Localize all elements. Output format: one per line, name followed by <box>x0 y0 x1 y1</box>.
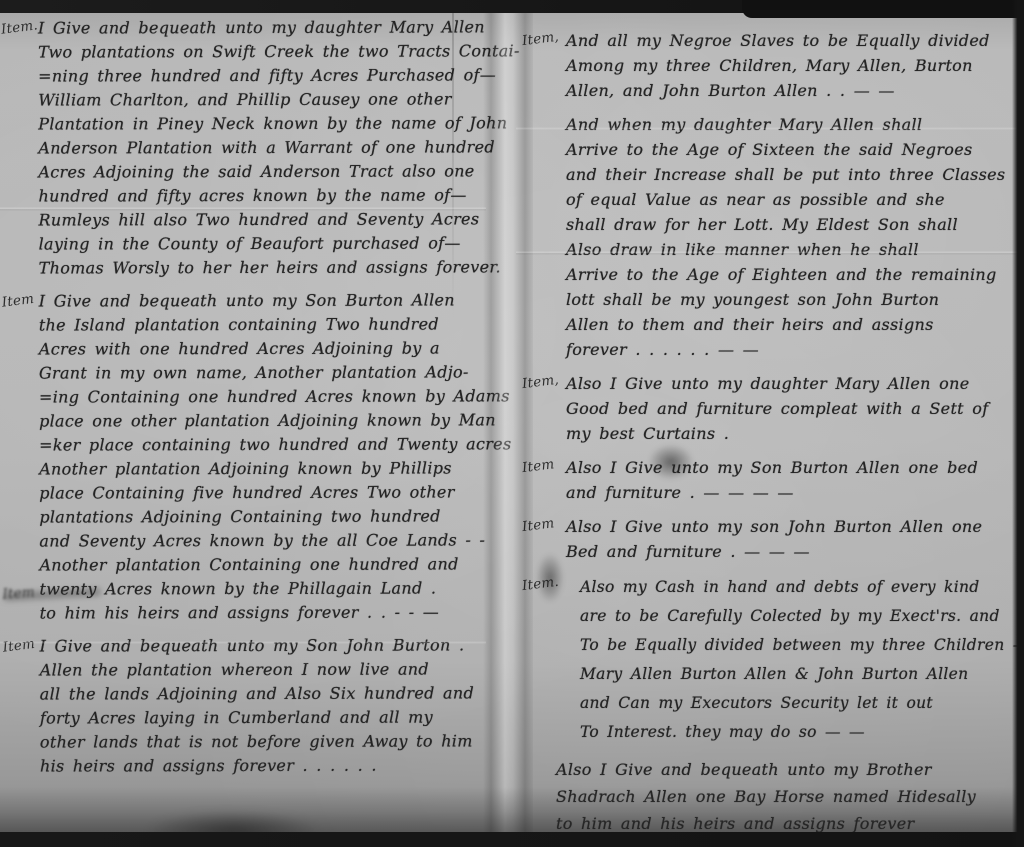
handwritten-text-line: Acres with one hundred Acres Adjoining b… <box>39 336 476 361</box>
paragraph-lines: I Give and bequeath unto my Son Burton A… <box>39 288 477 625</box>
paragraph-lines: And all my Negroe Slaves to be Equally d… <box>566 28 1010 103</box>
handwritten-text-line: hundred and fifty acres known by the nam… <box>38 183 475 208</box>
scan-edge-right <box>1012 0 1024 847</box>
handwritten-text-line: =ning three hundred and fifty Acres Purc… <box>38 63 475 88</box>
handwritten-text-line: place one other plantation Adjoining kno… <box>39 408 476 433</box>
handwritten-text-line: Anderson Plantation with a Warrant of on… <box>38 135 475 160</box>
scan-edge-top-right <box>742 0 1024 18</box>
handwritten-text-line: and furniture . — — — — <box>566 480 1010 505</box>
handwritten-text-line: forty Acres laying in Cumberland and all… <box>40 705 477 730</box>
paragraph-lines: Also my Cash in hand and debts of every … <box>580 573 1010 747</box>
will-item-paragraph: ItemI Give and bequeath unto my Son Burt… <box>2 288 485 625</box>
handwritten-text-line: I Give and bequeath unto my Son John Bur… <box>40 633 477 658</box>
handwritten-text-line: Mary Allen Burton Allen & John Burton Al… <box>580 660 1010 689</box>
handwritten-text-line: and their Increase shall be put into thr… <box>566 162 1010 187</box>
handwritten-text-line: shall draw for her Lott. My Eldest Son s… <box>566 212 1010 237</box>
handwritten-text-line: Rumleys hill also Two hundred and Sevent… <box>38 207 475 232</box>
handwritten-text-line: place Containing five hundred Acres Two … <box>39 480 476 505</box>
handwritten-text-line: Also my Cash in hand and debts of every … <box>580 573 1010 602</box>
handwritten-text-line: Among my three Children, Mary Allen, Bur… <box>566 53 1010 78</box>
handwritten-text-line: Good bed and furniture compleat with a S… <box>566 396 1010 421</box>
handwritten-text-line: Also I Give unto my son John Burton Alle… <box>566 514 1010 539</box>
will-item-paragraph: ItemI Give and bequeath unto my Son John… <box>3 633 485 778</box>
handwritten-text-line: Bed and furniture . — — — <box>566 539 1010 564</box>
handwritten-text-line: To Interest. they may do so — — <box>580 718 1010 747</box>
handwritten-text-line: and Can my Executors Security let it out <box>580 689 1010 718</box>
item-margin-label: Item <box>2 635 40 655</box>
handwritten-text-line: Grant in my own name, Another plantation… <box>39 360 476 385</box>
handwritten-text-line: the Island plantation containing Two hun… <box>39 312 476 337</box>
handwritten-text-line: laying in the County of Beaufort purchas… <box>39 231 476 256</box>
handwritten-text-line: Arrive to the Age of Sixteen the said Ne… <box>566 137 1010 162</box>
handwritten-text-line: Also I Give unto my daughter Mary Allen … <box>566 371 1010 396</box>
paragraph-lines: Also I Give unto my son John Burton Alle… <box>566 514 1010 564</box>
handwritten-text-line: and Seventy Acres known by the all Coe L… <box>39 528 476 553</box>
handwritten-text-line: Allen, and John Burton Allen . . — — <box>566 78 1010 103</box>
handwritten-text-line: of equal Value as near as possible and s… <box>566 187 1010 212</box>
handwritten-text-line: Also I Give and bequeath unto my Brother <box>556 756 1010 783</box>
struck-item-paragraph: Item <box>2 582 122 604</box>
handwritten-text-line: William Charlton, and Phillip Causey one… <box>38 87 475 112</box>
will-item-paragraph: ItemAlso I Give unto my son John Burton … <box>516 514 1016 564</box>
page-bottom-shadow <box>0 787 1024 832</box>
will-item-paragraph: ItemAlso I Give unto my Son Burton Allen… <box>516 455 1016 505</box>
page-right: Item,And all my Negroe Slaves to be Equa… <box>516 28 1016 846</box>
handwritten-text-line: Two plantations on Swift Creek the two T… <box>38 39 475 64</box>
handwritten-text-line: Also I Give unto my Son Burton Allen one… <box>566 455 1010 480</box>
handwritten-text-line: other lands that is not before given Awa… <box>40 729 477 754</box>
will-manuscript-scan: Item.I Give and bequeath unto my daughte… <box>0 0 1024 847</box>
paragraph-lines: Also I Give unto my Son Burton Allen one… <box>566 455 1010 505</box>
handwritten-text-line: Plantation in Piney Neck known by the na… <box>38 111 475 136</box>
handwritten-text-line: Another plantation Containing one hundre… <box>39 552 476 577</box>
handwritten-text-line: Arrive to the Age of Eighteen and the re… <box>566 262 1010 287</box>
paragraph-lines: Also I Give unto my daughter Mary Allen … <box>566 371 1010 446</box>
scan-edge-bottom <box>0 832 1024 847</box>
handwritten-text-line: To be Equally divided between my three C… <box>580 631 1010 660</box>
will-item-paragraph: Item.Also my Cash in hand and debts of e… <box>516 573 1016 747</box>
item-margin-label: Item. <box>0 17 38 37</box>
handwritten-text-line: And when my daughter Mary Allen shall <box>566 112 1010 137</box>
item-margin-label: Item <box>2 584 39 603</box>
handwritten-text-line: I Give and bequeath unto my daughter Mar… <box>38 15 475 40</box>
handwritten-text-line: lott shall be my youngest son John Burto… <box>566 287 1010 312</box>
paragraph-lines: And when my daughter Mary Allen shallArr… <box>566 112 1010 362</box>
handwritten-text-line: all the lands Adjoining and Also Six hun… <box>40 681 477 706</box>
handwritten-text-line: Allen to them and their heirs and assign… <box>566 312 1010 337</box>
handwritten-text-line: forever . . . . . . — — <box>566 337 1010 362</box>
handwritten-text-line: Another plantation Adjoining known by Ph… <box>39 456 476 481</box>
item-margin-label: Item <box>1 290 39 310</box>
handwritten-text-line: Also draw in like manner when he shall <box>566 237 1010 262</box>
handwritten-text-line: And all my Negroe Slaves to be Equally d… <box>566 28 1010 53</box>
handwritten-text-line: his heirs and assigns forever . . . . . … <box>40 753 477 778</box>
handwritten-text-line: my best Curtains . <box>566 421 1010 446</box>
handwritten-text-line: I Give and bequeath unto my Son Burton A… <box>39 288 476 313</box>
handwritten-text-line: =ing Containing one hundred Acres known … <box>39 384 476 409</box>
will-item-paragraph: Item,Also I Give unto my daughter Mary A… <box>516 371 1016 446</box>
page-left: Item.I Give and bequeath unto my daughte… <box>1 15 485 787</box>
handwritten-text-line: Allen the plantation whereon I now live … <box>40 657 477 682</box>
will-item-paragraph: Item,And all my Negroe Slaves to be Equa… <box>516 28 1016 103</box>
paragraph-lines: I Give and bequeath unto my daughter Mar… <box>38 15 476 280</box>
paragraph-lines: I Give and bequeath unto my Son John Bur… <box>40 633 477 778</box>
will-item-paragraph: And when my daughter Mary Allen shallArr… <box>516 112 1016 362</box>
handwritten-text-line: Acres Adjoining the said Anderson Tract … <box>38 159 475 184</box>
handwritten-text-line: are to be Carefully Colected by my Exect… <box>580 602 1010 631</box>
will-item-paragraph: Item.I Give and bequeath unto my daughte… <box>1 15 484 280</box>
handwritten-text-line: =ker place containing two hundred and Tw… <box>39 432 476 457</box>
handwritten-text-line: plantations Adjoining Containing two hun… <box>39 504 476 529</box>
handwritten-text-line: Thomas Worsly to her her heirs and assig… <box>39 255 476 280</box>
center-fold-seam <box>483 13 533 832</box>
